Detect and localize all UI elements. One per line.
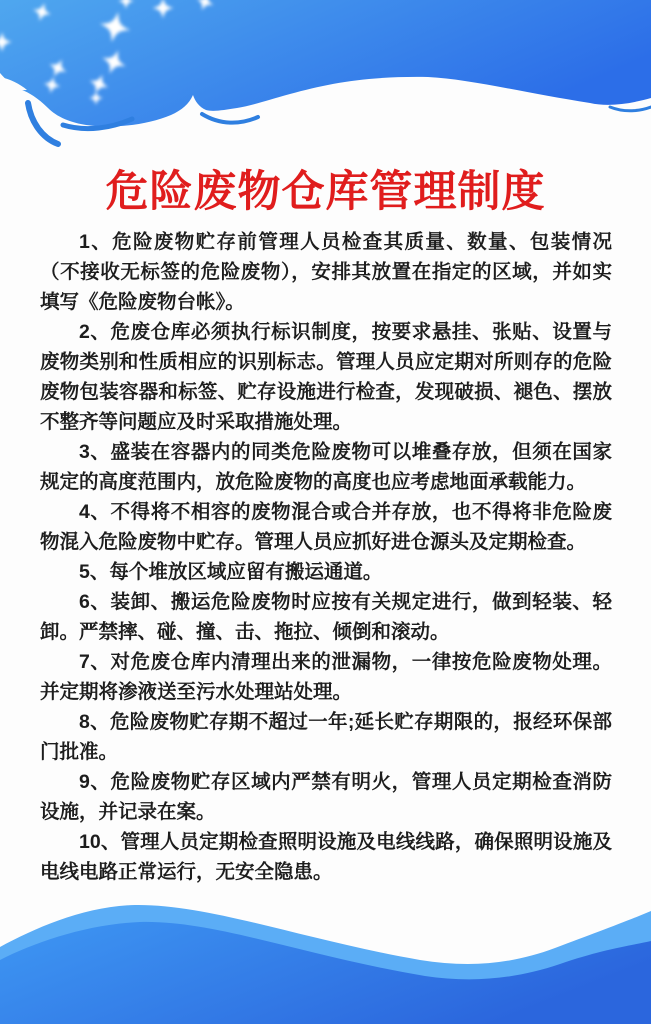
footer-deep-wave	[0, 922, 651, 1024]
rule-item: 4、不得将不相容的废物混合或合并存放，也不得将非危险废物混入危险废物中贮存。管理…	[40, 497, 612, 557]
rule-item: 1、危险废物贮存前管理人员检查其质量、数量、包装情况（不接收无标签的危险废物），…	[40, 227, 612, 317]
header-wave-decoration	[0, 0, 651, 170]
page-title: 危险废物仓库管理制度	[0, 158, 651, 219]
rule-item: 7、对危废仓库内清理出来的泄漏物，一律按危险废物处理。并定期将渗液送至污水处理站…	[40, 647, 612, 707]
rule-item: 9、危险废物贮存区域内严禁有明火，管理人员定期检查消防设施，并记录在案。	[40, 767, 612, 827]
rule-item: 6、装卸、搬运危险废物时应按有关规定进行，做到轻装、轻卸。严禁摔、碰、撞、击、拖…	[40, 587, 612, 647]
footer-wave-decoration	[0, 884, 651, 1024]
rule-item: 8、危险废物贮存期不超过一年;延长贮存期限的，报经环保部门批准。	[40, 707, 612, 767]
poster-page: 危险废物仓库管理制度 1、危险废物贮存前管理人员检查其质量、数量、包装情况（不接…	[0, 0, 651, 1024]
header-blue-shape	[0, 0, 651, 127]
rule-item: 5、每个堆放区域应留有搬运通道。	[40, 557, 612, 587]
rules-list: 1、危险废物贮存前管理人员检查其质量、数量、包装情况（不接收无标签的危险废物），…	[40, 227, 612, 887]
rule-item: 3、盛装在容器内的同类危险废物可以堆叠存放，但须在国家规定的高度范围内，放危险废…	[40, 437, 612, 497]
rule-item: 10、管理人员定期检查照明设施及电线线路，确保照明设施及电线电路正常运行，无安全…	[40, 827, 612, 887]
rule-item: 2、危废仓库必须执行标识制度，按要求悬挂、张贴、设置与废物类别和性质相应的识别标…	[40, 317, 612, 437]
